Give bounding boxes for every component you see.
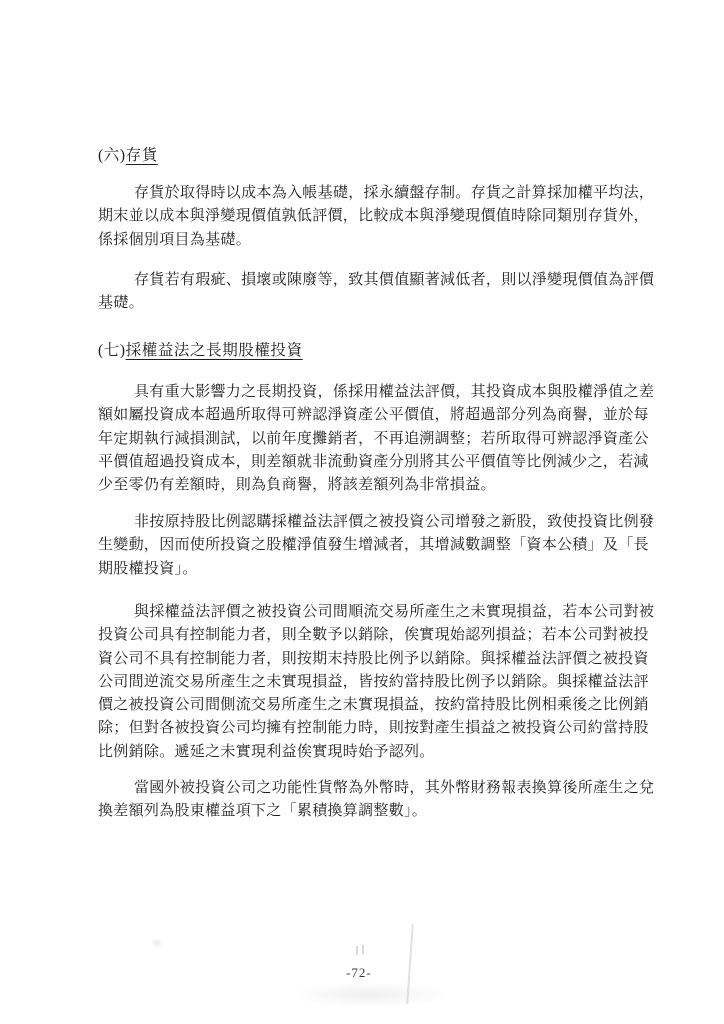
text-line: 資公司不具有控制能力者，則按期末持股比例予以銷除。與採權益法評價之被投資 bbox=[98, 648, 673, 671]
scan-artifact-tick bbox=[356, 946, 358, 955]
text-line: 生變動，因而使所投資之股權淨值發生增減者，其增減數調整「資本公積」及「長 bbox=[98, 534, 673, 557]
scan-artifact-tick bbox=[362, 945, 364, 954]
section-title: 採權益法之長期股權投資 bbox=[126, 342, 303, 359]
text-line: 比例銷除。遞延之未實現利益俟實現時始予認列。 bbox=[98, 741, 673, 764]
text-line: 額如屬投資成本超過所取得可辨認淨資產公平價值，將超過部分列為商譽，並於每 bbox=[98, 404, 673, 427]
text-line: 除；但對各被投資公司均擁有控制能力時，則按對產生損益之被投資公司約當持股 bbox=[98, 717, 673, 740]
scan-artifact-line bbox=[406, 924, 414, 1004]
text-line: 價之被投資公司間側流交易所產生之未實現損益，按約當持股比例相乘後之比例銷 bbox=[98, 694, 673, 717]
section-title: 存貨 bbox=[126, 147, 158, 164]
text-line: 非按原持股比例認購採權益法評價之被投資公司增發之新股，致使投資比例發 bbox=[98, 511, 673, 534]
text-line: 期末並以成本與淨變現價值孰低評價，比較成本與淨變現價值時除同類別存貨外， bbox=[98, 205, 673, 228]
text-line: 平價值超過投資成本，則差額就非流動資產分別將其公平價值等比例減少之，若減 bbox=[98, 451, 673, 474]
document-page: (六)存貨 存貨於取得時以成本為入帳基礎，採永續盤存制。存貨之計算採加權平均法，… bbox=[0, 0, 724, 1024]
text-line: 投資公司具有控制能力者，則全數予以銷除，俟實現始認列損益；若本公司對被投 bbox=[98, 624, 673, 647]
scan-artifact-smudge bbox=[150, 938, 164, 948]
text-line: 係採個別項目為基礎。 bbox=[98, 229, 673, 252]
text-line: 少至零仍有差額時，則為負商譽，將該差額列為非常損益。 bbox=[98, 474, 673, 497]
paragraph: 存貨於取得時以成本為入帳基礎，採永續盤存制。存貨之計算採加權平均法， 期末並以成… bbox=[98, 182, 673, 252]
text-line: 存貨於取得時以成本為入帳基礎，採永續盤存制。存貨之計算採加權平均法， bbox=[98, 182, 673, 205]
text-line: 基礎。 bbox=[98, 292, 673, 315]
text-line: 換差額列為股東權益項下之「累積換算調整數」。 bbox=[98, 800, 673, 823]
paragraph: 存貨若有瑕疵、損壞或陳廢等，致其價值顯著減低者，則以淨變現價值為評價 基礎。 bbox=[98, 269, 673, 316]
section-label: (七) bbox=[98, 342, 126, 359]
paragraph: 當國外被投資公司之功能性貨幣為外幣時，其外幣財務報表換算後所產生之兌 換差額列為… bbox=[98, 777, 673, 824]
text-line: 當國外被投資公司之功能性貨幣為外幣時，其外幣財務報表換算後所產生之兌 bbox=[98, 777, 673, 800]
section-label: (六) bbox=[98, 147, 126, 164]
text-line: 期股權投資」。 bbox=[98, 558, 673, 581]
text-line: 存貨若有瑕疵、損壞或陳廢等，致其價值顯著減低者，則以淨變現價值為評價 bbox=[98, 269, 673, 292]
paragraph: 非按原持股比例認購採權益法評價之被投資公司增發之新股，致使投資比例發 生變動，因… bbox=[98, 511, 673, 581]
text-line: 具有重大影響力之長期投資，係採用權益法評價，其投資成本與股權淨值之差 bbox=[98, 381, 673, 404]
page-number: -72- bbox=[346, 965, 372, 981]
paragraph: 具有重大影響力之長期投資，係採用權益法評價，其投資成本與股權淨值之差 額如屬投資… bbox=[98, 381, 673, 497]
scan-artifact-smudge bbox=[290, 982, 450, 1008]
text-line: 與採權益法評價之被投資公司間順流交易所產生之未實現損益，若本公司對被 bbox=[98, 601, 673, 624]
section-heading-equity-method: (七)採權益法之長期股權投資 bbox=[98, 339, 673, 362]
text-line: 年定期執行減損測試，以前年度攤銷者，不再追溯調整；若所取得可辨認淨資產公 bbox=[98, 428, 673, 451]
text-line: 公司間逆流交易所產生之未實現損益，皆按約當持股比例予以銷除。與採權益法評 bbox=[98, 671, 673, 694]
paragraph: 與採權益法評價之被投資公司間順流交易所產生之未實現損益，若本公司對被 投資公司具… bbox=[98, 601, 673, 764]
section-heading-inventory: (六)存貨 bbox=[98, 144, 673, 167]
